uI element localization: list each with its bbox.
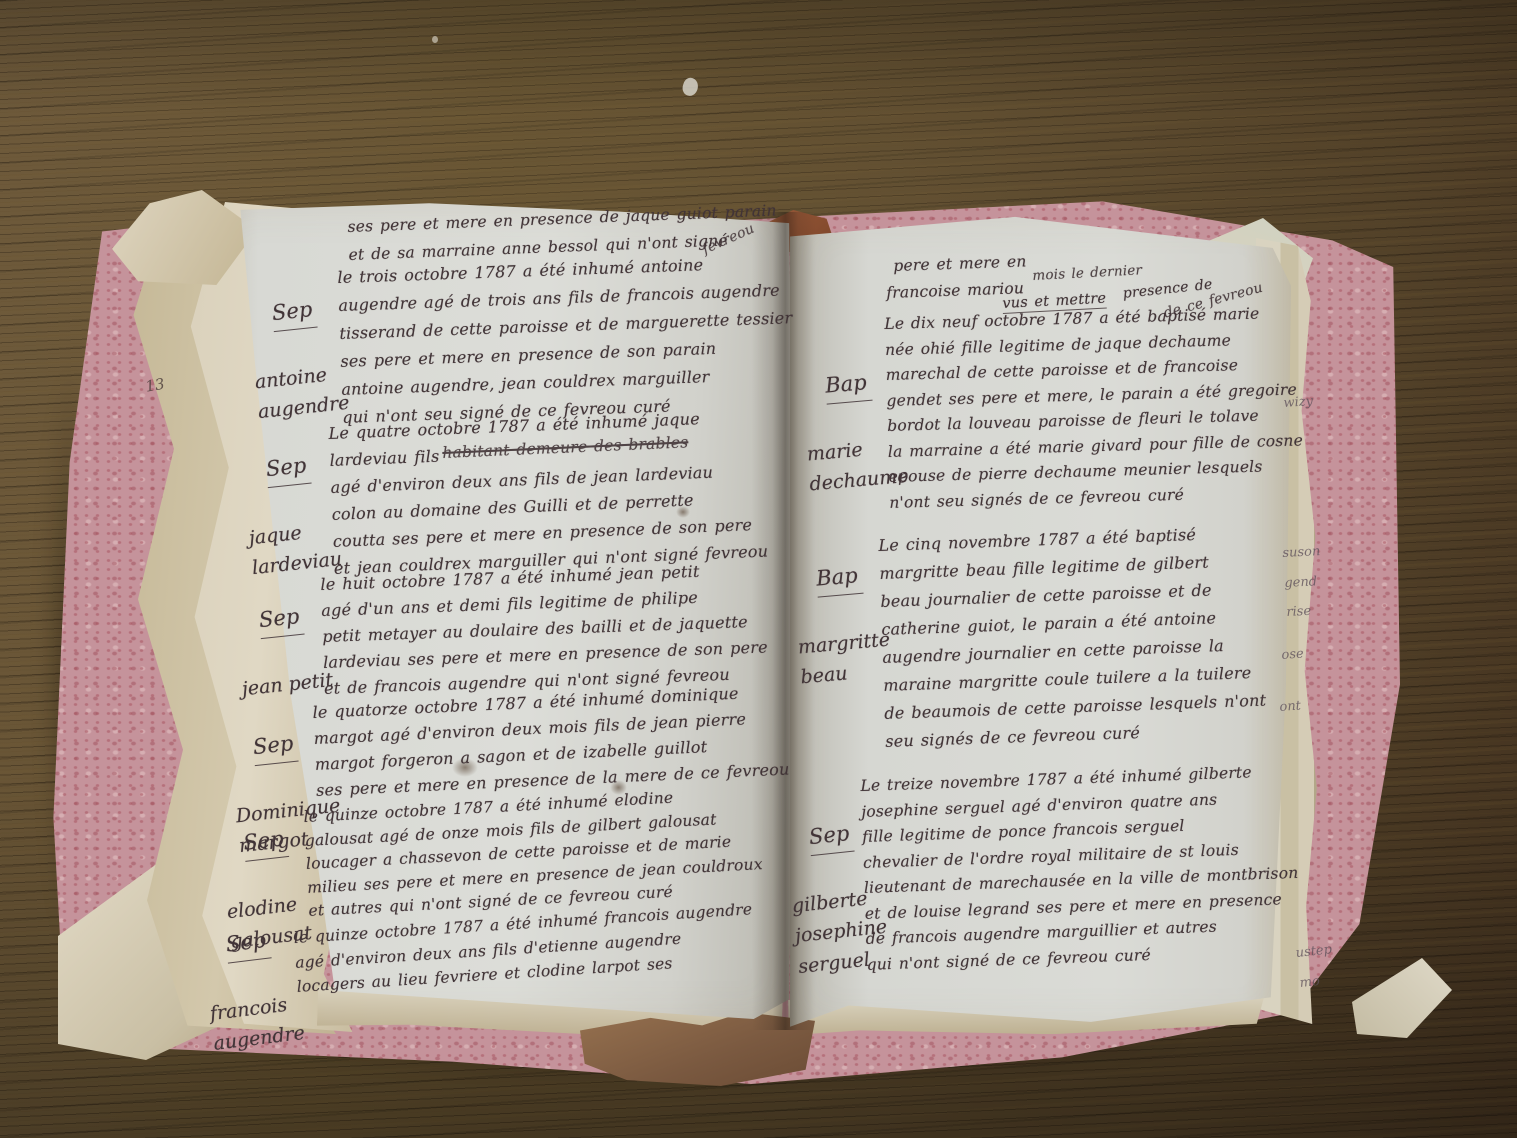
burial-entry-body: le huit octobre 1787 a été inhumé jean p… [320,556,769,701]
entry-type-abbr: Sep [270,291,318,331]
dust-speck [432,36,438,43]
page-edge-text-fragment: wizy [1283,394,1313,411]
wooden-table-surface: ses pere et mere en presence de jaque gu… [0,0,1517,1138]
burial-entry-body: Le treize novembre 1787 a été inhumé gil… [860,759,1302,978]
entry-type-abbr: Sep [224,922,272,963]
page-edge-text-fragment: ont [1279,699,1301,715]
dust-speck [680,76,700,98]
entry-type-abbr: Bap [815,558,863,598]
page-edge-text-fragment: mo [1299,974,1321,991]
page-edge-text-fragment: suson [1282,544,1321,561]
entry-person-name: francois augendre [208,988,307,1060]
entry-type-abbr: Bap [824,365,872,405]
burial-entry-body: Le quatre octobre 1787 a été inhumé jaqu… [328,403,769,582]
margin-page-number: 13 [144,375,166,396]
entry-type-abbr: Sep [807,815,855,855]
page-edge-text-fragment: ose [1281,646,1304,663]
entry-type-abbr: Sep [264,447,312,487]
entry-type-abbr: Sep [257,598,305,638]
entry-person-name: margritte beau [797,624,894,693]
entry-type-abbr: Sep [251,725,299,765]
page-edge-text-fragment: gend [1284,574,1317,591]
baptism-entry-body: Le dix neuf octobre 1787 a été baptisé m… [884,300,1305,516]
page-edge-text-fragment: rise [1286,604,1312,620]
cover-corner-fold-bottom-right [1352,958,1452,1038]
entry-type-abbr: Sep [241,821,289,862]
baptism-entry-body: Le cinq novembre 1787 a été baptisé marg… [878,519,1268,756]
